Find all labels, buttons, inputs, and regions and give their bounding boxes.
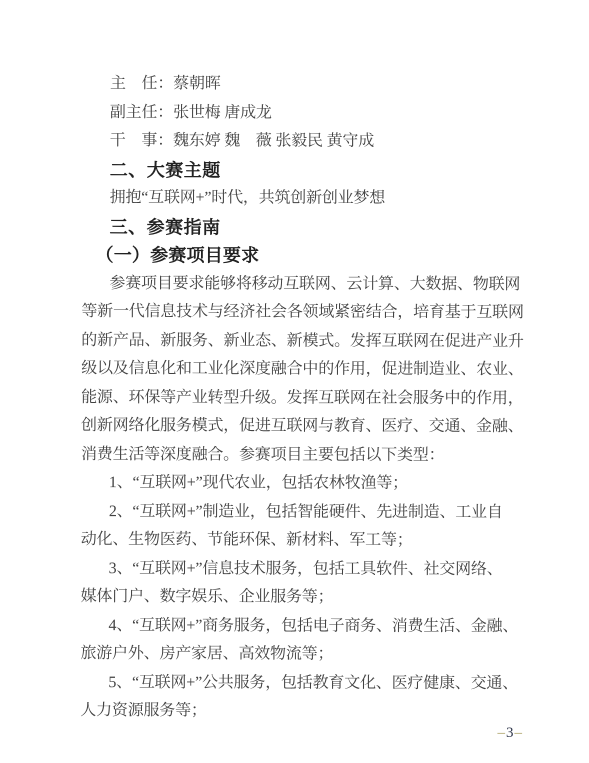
document-body: 主 任：蔡朝晖 副主任：张世梅 唐成龙 干 事：魏东婷 魏 薇 张毅民 黄守成 … — [80, 70, 524, 727]
paragraph-line: 消费生活等深度融合。参赛项目主要包括以下类型： — [81, 440, 523, 470]
list-item-2-line: 动化、生物医药、节能环保、新材料、军工等； — [81, 526, 523, 556]
section-heading-2-contest-theme: 二、大赛主题 — [82, 155, 524, 185]
page-number-value: 3 — [506, 725, 515, 741]
paragraph-line: 级以及信息化和工业化深度融合中的作用，促进制造业、农业、 — [81, 355, 523, 385]
committee-line-secretaries: 干 事：魏东婷 魏 薇 张毅民 黄守成 — [82, 127, 524, 157]
paragraph-line: 能源、环保等产业转型升级。发挥互联网在社会服务中的作用， — [81, 383, 523, 413]
theme-line: 拥抱“互联网+”时代，共筑创新创业梦想 — [82, 184, 524, 214]
paragraph-line: 的新产品、新服务、新业态、新模式。发挥互联网在促进产业升 — [81, 326, 523, 356]
section-heading-3-entry-guide: 三、参赛指南 — [82, 212, 524, 242]
paragraph-line: 创新网络化服务模式，促进互联网与教育、医疗、交通、金融、 — [81, 412, 523, 442]
list-item-4-line: 旅游户外、房产家居、高效物流等； — [80, 640, 522, 670]
page-number-dash-right: – — [515, 725, 524, 741]
list-item-5-line: 人力资源服务等； — [80, 697, 522, 727]
page-number-dash-left: – — [498, 725, 507, 741]
subsection-heading-project-requirements: （一）参赛项目要求 — [81, 241, 523, 271]
document-page: 主 任：蔡朝晖 副主任：张世梅 唐成龙 干 事：魏东婷 魏 薇 张毅民 黄守成 … — [0, 0, 589, 763]
paragraph-line: 等新一代信息技术与经济社会各领域紧密结合，培育基于互联网 — [81, 298, 523, 328]
list-item-1-line: 1、“互联网+”现代农业，包括农林牧渔等； — [81, 469, 523, 499]
list-item-4-line: 4、“互联网+”商务服务，包括电子商务、消费生活、金融、 — [81, 611, 523, 641]
list-item-2-line: 2、“互联网+”制造业，包括智能硬件、先进制造、工业自 — [81, 497, 523, 527]
list-item-5-line: 5、“互联网+”公共服务，包括教育文化、医疗健康、交通、 — [80, 668, 522, 698]
page-number: –3– — [498, 723, 524, 743]
list-item-3-line: 媒体门户、数字娱乐、企业服务等； — [81, 583, 523, 613]
committee-line-director: 主 任：蔡朝晖 — [82, 70, 524, 100]
committee-line-deputy-director: 副主任：张世梅 唐成龙 — [82, 98, 524, 128]
list-item-3-line: 3、“互联网+”信息技术服务，包括工具软件、社交网络、 — [81, 554, 523, 584]
paragraph-line: 参赛项目要求能够将移动互联网、云计算、大数据、物联网 — [81, 269, 523, 299]
